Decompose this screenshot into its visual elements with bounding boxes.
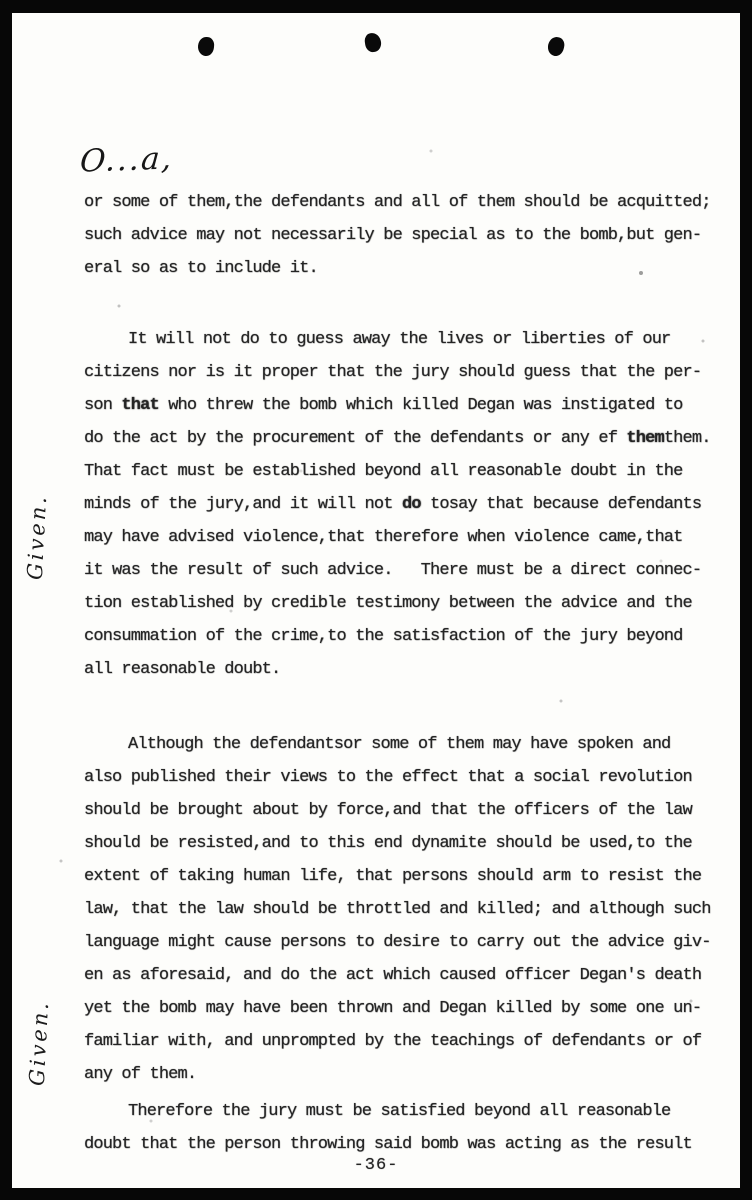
text-line: law, that the law should be throttled an… [84, 893, 732, 926]
hole-punch-icon [364, 32, 382, 53]
scan-border-bottom [0, 1188, 752, 1200]
text-line: That fact must be established beyond all… [84, 455, 732, 488]
scan-noise [0, 0, 2, 2]
text-line: should be resisted,and to this end dynam… [84, 827, 732, 860]
paragraph: or some of them,the defendants and all o… [84, 186, 732, 285]
text-line: any of them. [84, 1058, 732, 1091]
scan-border-right [740, 0, 752, 1200]
text-line: minds of the jury,and it will not do tos… [84, 488, 732, 521]
text-line: eral so as to include it. [84, 252, 732, 285]
scan-border-left [0, 0, 12, 1200]
handwritten-annotation: O...a, [79, 140, 175, 179]
paragraph: Although the defendantsor some of them m… [84, 728, 732, 1091]
text-line: tion established by credible testimony b… [84, 587, 732, 620]
text-line: citizens nor is it proper that the jury … [84, 356, 732, 389]
scanned-document-page: O...a, Given. Given. or some of them,the… [0, 0, 752, 1200]
scan-border-top [0, 0, 752, 13]
hole-punch-icon [197, 36, 215, 57]
text-line: may have advised violence,that therefore… [84, 521, 732, 554]
margin-note-given: Given. [23, 972, 56, 1113]
text-line: Although the defendantsor some of them m… [84, 728, 732, 761]
paragraph: It will not do to guess away the lives o… [84, 323, 732, 686]
text-line: consummation of the crime,to the satisfa… [84, 620, 732, 653]
text-line: yet the bomb may have been thrown and De… [84, 992, 732, 1025]
text-line: It will not do to guess away the lives o… [84, 323, 732, 356]
text-line: language might cause persons to desire t… [84, 926, 732, 959]
text-line: or some of them,the defendants and all o… [84, 186, 732, 219]
paragraph: Therefore the jury must be satisfied bey… [84, 1095, 732, 1161]
text-line: do the act by the procurement of the def… [84, 422, 732, 455]
text-line: son that who threw the bomb which killed… [84, 389, 732, 422]
hole-punch-icon [546, 35, 566, 57]
text-line: Therefore the jury must be satisfied bey… [84, 1095, 732, 1128]
margin-note-given: Given. [21, 466, 54, 607]
text-line: also published their views to the effect… [84, 761, 732, 794]
text-line: it was the result of such advice. There … [84, 554, 732, 587]
text-line: should be brought about by force,and tha… [84, 794, 732, 827]
text-line: extent of taking human life, that person… [84, 860, 732, 893]
text-line: familiar with, and unprompted by the tea… [84, 1025, 732, 1058]
text-line: en as aforesaid, and do the act which ca… [84, 959, 732, 992]
page-number: -36- [12, 1156, 740, 1175]
text-line: all reasonable doubt. [84, 653, 732, 686]
text-line: such advice may not necessarily be speci… [84, 219, 732, 252]
document-text: or some of them,the defendants and all o… [84, 186, 732, 1161]
